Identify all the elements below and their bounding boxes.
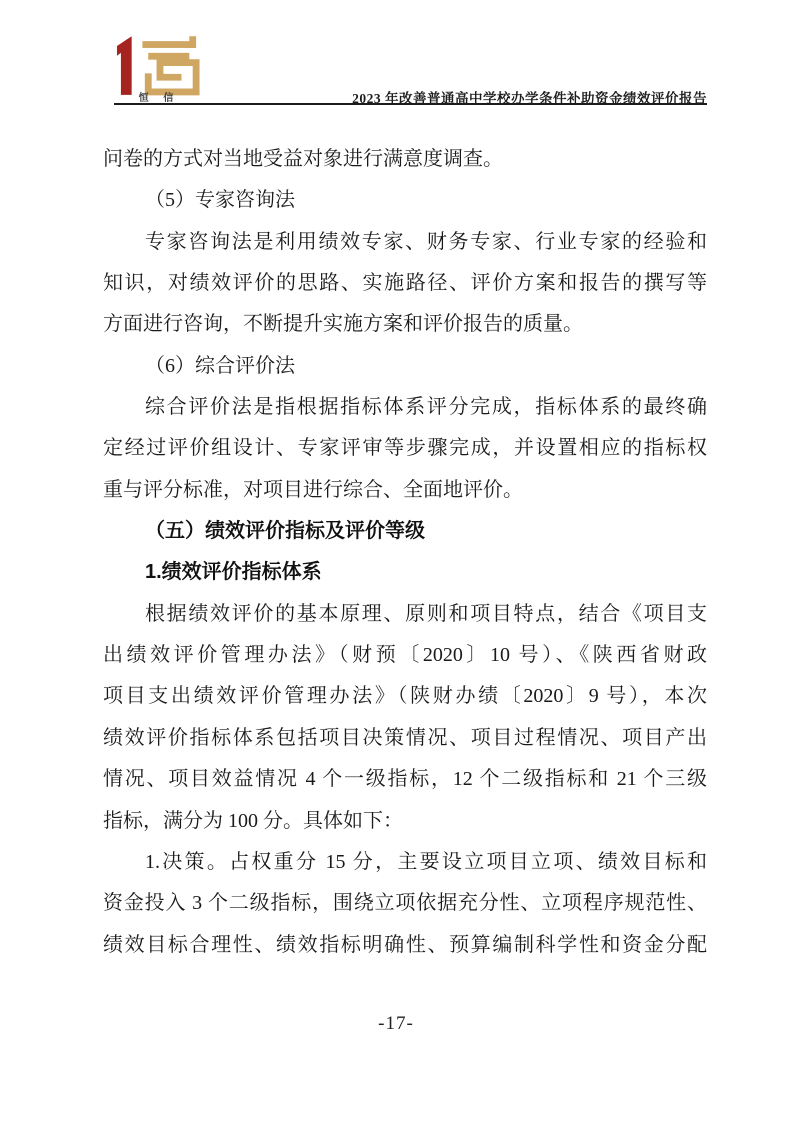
body-line: 情况、项目效益情况 4 个一级指标，12 个二级指标和 21 个三级: [103, 759, 707, 800]
body-line: （6）综合评价法: [103, 346, 707, 387]
header-rule: [114, 103, 707, 105]
body-line: 指标，满分为 100 分。具体如下：: [103, 801, 707, 842]
logo-caption: 恒 信: [115, 89, 203, 104]
logo-gold-bar-mid: [148, 53, 189, 60]
body-line: 绩效评价指标体系包括项目决策情况、项目过程情况、项目产出: [103, 718, 707, 759]
logo-gold-spiral: [148, 63, 196, 92]
body-line: 定经过评价组设计、专家评审等步骤完成，并设置相应的指标权: [103, 428, 707, 469]
logo-gold-tick: [189, 36, 196, 48]
body-line: 综合评价法是指根据指标体系评分完成，指标体系的最终确: [103, 387, 707, 428]
document-body: 问卷的方式对当地受益对象进行满意度调查。 （5）专家咨询法 专家咨询法是利用绩效…: [103, 139, 707, 966]
page-number: -17-: [0, 1013, 792, 1035]
body-line: 方面进行咨询，不断提升实施方案和评价报告的质量。: [103, 304, 707, 345]
body-line: 出绩效评价管理办法》（财预〔2020〕10 号）、《陕西省财政: [103, 635, 707, 676]
body-line: 根据绩效评价的基本原理、原则和项目特点，结合《项目支: [103, 594, 707, 635]
subsection-heading: 1.绩效评价指标体系: [103, 552, 707, 593]
body-line: 项目支出绩效评价管理办法》（陕财办绩〔2020〕9 号），本次: [103, 676, 707, 717]
body-line: 1.决策。占权重分 15 分，主要设立项目立项、绩效目标和: [103, 842, 707, 883]
body-line: （5）专家咨询法: [103, 180, 707, 221]
body-line: 知识，对绩效评价的思路、实施路径、评价方案和报告的撰写等: [103, 263, 707, 304]
body-line: 绩效目标合理性、绩效指标明确性、预算编制科学性和资金分配: [103, 925, 707, 966]
body-line: 问卷的方式对当地受益对象进行满意度调查。: [103, 139, 707, 180]
logo-red-stroke: [117, 36, 132, 95]
section-heading: （五）绩效评价指标及评价等级: [103, 511, 707, 552]
body-line: 专家咨询法是利用绩效专家、财务专家、行业专家的经验和: [103, 222, 707, 263]
body-line: 重与评分标准，对项目进行综合、全面地评价。: [103, 470, 707, 511]
logo-gold-bar-top: [142, 41, 195, 48]
body-line: 资金投入 3 个二级指标，围绕立项依据充分性、立项程序规范性、: [103, 883, 707, 924]
